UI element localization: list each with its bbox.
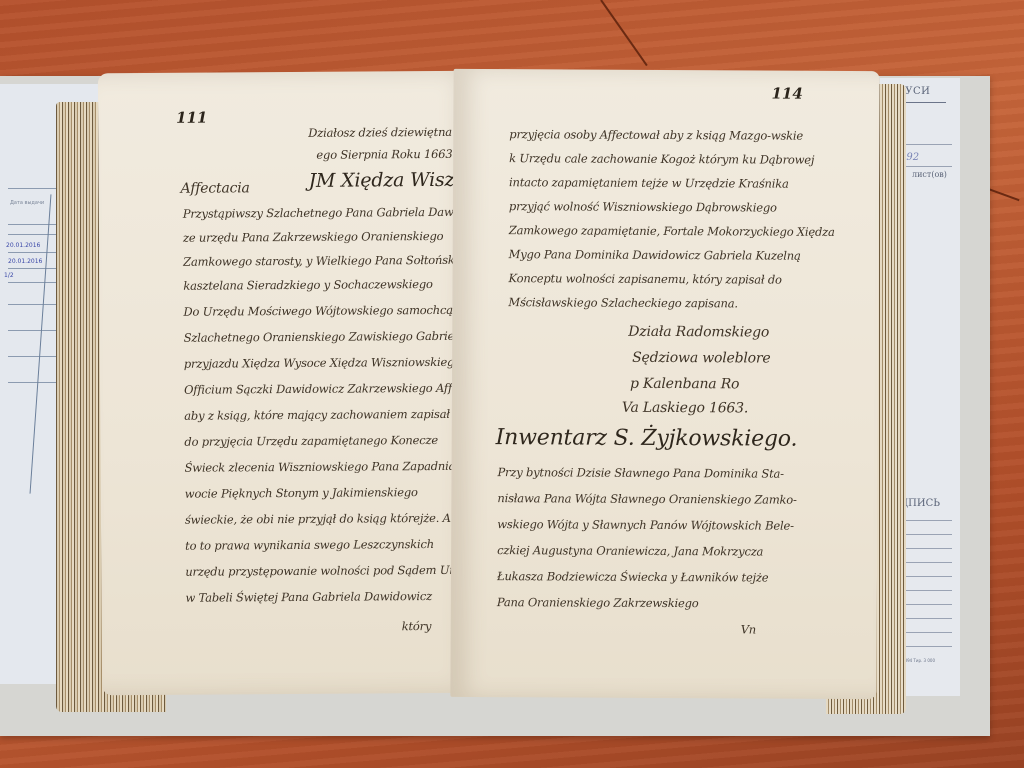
folio-number: 111: [176, 109, 207, 127]
text-line: wocie Pięknych Stonym y Jakimienskiego: [185, 485, 418, 501]
form-column-line: [30, 194, 52, 493]
text-line: Do Urzędu Mościwego Wójtowskiego samochc…: [183, 303, 479, 319]
form-label-sheets: лист(ов): [912, 170, 947, 179]
text-line: k Urzędu cale zachowanie Kogoż którym ku…: [509, 151, 814, 167]
signature-line: Va Laskiego 1663.: [622, 400, 748, 417]
text-line: Officium Sączki Dawidowicz Zakrzewskiego…: [184, 381, 496, 397]
open-book: 111 Działosz dzieś dziewiętna ego Sierpn…: [56, 66, 910, 716]
entry-title: Inwentarz S. Żyjkowskiego.: [496, 425, 798, 452]
form-rule: [8, 382, 58, 383]
text-line: to to prawa wynikania swego Leszczynskic…: [185, 537, 434, 553]
text-line: w Tabeli Świętej Pana Gabriela Dawidowic…: [185, 589, 432, 605]
text-line: Mścisławskiego Szlacheckiego zapisana.: [508, 295, 737, 310]
text-line: wskiego Wójta y Sławnych Panów Wójtowski…: [497, 517, 794, 533]
catchword: Vn: [741, 622, 756, 636]
catchword: który: [402, 619, 432, 633]
text-line: Świeck zlecenia Wiszniowskiego Pana Zapa…: [185, 459, 477, 475]
form-rule: [8, 188, 58, 189]
text-line: przyjęcia osoby Affectował aby z ksiąg M…: [509, 127, 803, 143]
form-rule: [8, 268, 58, 269]
form-entry: 20.01.2016: [6, 242, 40, 249]
form-rule: [8, 304, 58, 305]
text-line: Łukasza Bodziewicza Świecka y Ławników t…: [497, 569, 768, 584]
form-entry: 20.01.2016: [8, 258, 42, 265]
text-line: Szlachetnego Oranienskiego Zawiskiego Ga…: [184, 329, 465, 345]
text-line: ze urzędu Pana Zakrzewskiego Oranienskie…: [183, 229, 443, 245]
left-page: 111 Działosz dzieś dziewiętna ego Sierpn…: [98, 71, 482, 696]
signature-line: p Kalenbana Ro: [630, 376, 739, 393]
text-line: przyjąć wolność Wiszniowskiego Dąbrowski…: [509, 199, 777, 214]
text-line: świeckie, że obi nie przyjął do ksiąg kt…: [185, 511, 451, 527]
text-line: Zamkowego zapamiętanie, Fortale Mokorzyc…: [509, 223, 835, 239]
form-rule: [8, 234, 58, 235]
text-line: nisława Pana Wójta Sławnego Oranienskieg…: [497, 491, 796, 507]
text-line: intacto zapamiętaniem tejże w Urzędzie K…: [509, 175, 789, 190]
text-line: urzędu przystępowanie wolności pod Sądem…: [185, 563, 481, 579]
heading-line: Działosz dzieś dziewiętna: [308, 125, 452, 140]
text-line: Pana Oranienskiego Zakrzewskiego: [497, 595, 699, 610]
margin-note: Affectacia: [181, 180, 250, 196]
signature-line: Działa Radomskiego: [628, 324, 769, 341]
form-rule: [8, 252, 58, 253]
signature-line: Sędziowa woleblore: [632, 350, 770, 367]
text-line: Konceptu wolności zapisanemu, który zapi…: [509, 271, 782, 286]
right-page: 114 przyjęcia osoby Affectował aby z ksi…: [450, 69, 879, 699]
form-rule: [8, 356, 58, 357]
form-rule: [8, 330, 58, 331]
text-line: Mygo Pana Dominika Dawidowicz Gabriela K…: [509, 247, 801, 263]
text-line: Przystąpiwszy Szlachetnego Pana Gabriela…: [183, 205, 496, 221]
form-header-text: Дата выдачи: [10, 200, 44, 206]
text-line: kasztelana Sieradzkiego y Sochaczewskieg…: [183, 277, 433, 293]
text-line: do przyjęcia Urzędu zapamiętanego Konecz…: [184, 433, 438, 449]
form-entry: 1/2: [4, 272, 14, 279]
form-rule: [8, 282, 58, 283]
heading-line: ego Sierpnia Roku 1663.: [316, 147, 456, 162]
text-line: czkiej Augustyna Oraniewicza, Jana Mokrz…: [497, 543, 763, 558]
form-rule: [8, 224, 58, 225]
text-line: Przy bytności Dzisie Sławnego Pana Domin…: [497, 465, 783, 480]
folio-number: 114: [771, 85, 802, 103]
text-line: Zamkowego starosty, y Wielkiego Pana Soł…: [183, 253, 479, 269]
text-line: przyjazdu Xiędza Wysoce Xiędza Wiszniows…: [184, 355, 461, 371]
